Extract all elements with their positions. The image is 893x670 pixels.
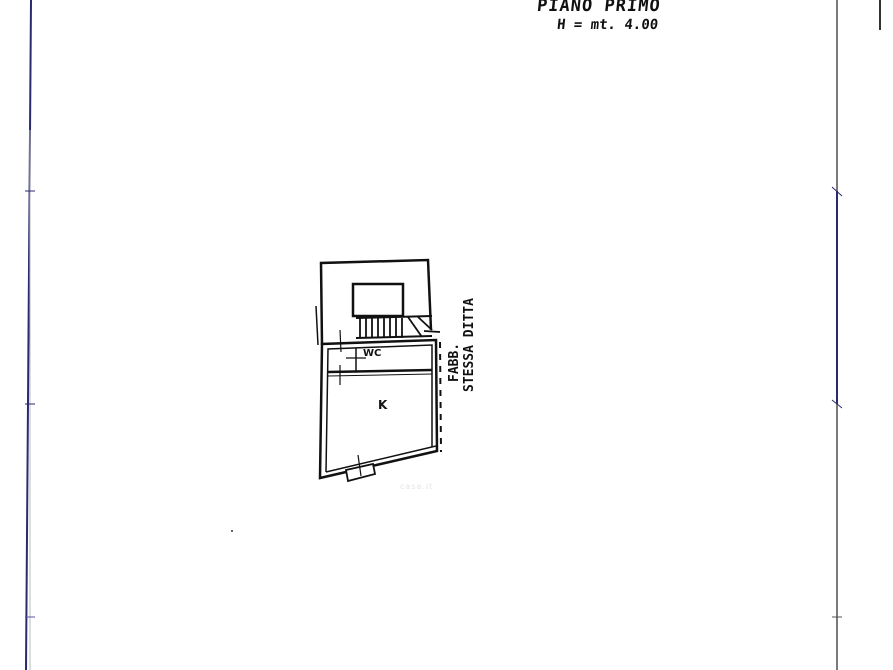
adjacent-building-note: FABB. STESSA DITTA: [447, 298, 477, 392]
side-note-line1: FABB.: [447, 298, 462, 392]
room-label-kitchen: K: [378, 398, 387, 412]
height-note: H = mt. 4.00: [556, 17, 659, 33]
side-note-line2: STESSA DITTA: [462, 298, 477, 392]
floor-plan-sheet: PIANO PRIMO H = mt. 4.00 WC K FABB. STES…: [0, 0, 893, 670]
watermark: casa.it: [400, 482, 433, 491]
room-label-wc: WC: [363, 348, 381, 359]
floor-title: PIANO PRIMO: [536, 0, 662, 16]
